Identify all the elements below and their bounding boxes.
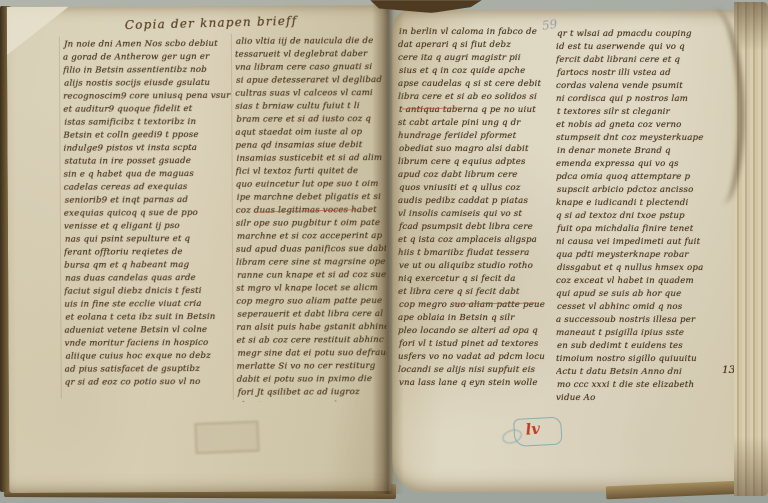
manuscript-text-line: statuta in ire posset gsuade [64,155,234,169]
manuscript-text-line: megr sine dat ei potu suo defraud [237,347,386,361]
manuscript-text-line: qr si ad eoz co potio suo vl no [64,376,234,390]
manuscript-text-line: et si ab coz cere restituit abhinc [236,334,387,348]
quire-mark-letters: lv [525,420,541,439]
manuscript-text-line: seperauerit et dabt libra cere al [237,308,387,322]
manuscript-text-line: a successoub nostris illesa per [556,314,730,327]
manuscript-text-line: q si ad textoz dni txoe pstup [556,210,730,223]
manuscript-text-line: Jn noie dni Amen Nos scbo debiut [64,38,234,52]
manuscript-text-line: vidue Ao [556,392,730,405]
manuscript-text-line: en sub dedimt t euidens tes [557,340,730,353]
manuscript-text-line: exequias quicoq q sue de ppo [64,207,234,221]
manuscript-text-line: marchne et si coz acceperint ap [237,230,387,244]
manuscript-text-line: faciut sigul diebz dnicis t festi [64,285,234,299]
left-page: Copia der knapen brieff Jn noie dni Amen… [7,5,392,493]
stamp-show-through [194,421,259,455]
manuscript-text-line: et auditur9 quoque fidelit et [63,103,234,117]
manuscript-text-line: sin e q habet qua de maguas [64,168,234,182]
manuscript-text-line: si apue detesseraret vl deglibad [236,74,386,88]
manuscript-text-line: qua pdti meysterknape robar [556,249,730,262]
manuscript-text-line: ipe marchne debet pligatis et si [237,191,387,205]
manuscript-text-line: pena qd insamias siue debit [235,139,386,153]
manuscript-text-line: sius et q in coz quide apche [399,65,552,78]
manuscript-text-line: maneaut t psigilla ipius sste [556,327,730,340]
quire-mark: lv [501,413,570,455]
manuscript-text-line: et libra cere q si fecit dabt [398,286,552,299]
manuscript-text-line: ni causa vei impedimeti aut fuit [556,236,730,249]
manuscript-text-line: apse caudelas q si st cere debit [398,78,552,91]
manuscript-text-line: silr ope suo pugbitur t oim pate [236,217,387,231]
manuscript-text-line: ape oblaia in Betsin q silr [398,312,552,325]
manuscript-text-line: Actu t datu Betsin Anno dni [556,366,730,379]
manuscript-text-line: nas qui psint sepulture et q [65,233,235,247]
manuscript-text-line: alijs nostis socijs eiusde gsulatu [64,77,234,91]
manuscript-text-line: libram cere sine st magrsine ope [236,256,387,270]
manuscript-text-line: insamias susticebit et si ad alim [236,152,386,166]
manuscript-text-line: locandi se alijs nisi supfuit eis [398,364,552,377]
manuscript-text-line: libra cere et si ab eo solidos si [398,91,552,104]
manuscript-text-line: timoium nostro sigillo quiuuitu [556,353,730,366]
manuscript-text-line: cere ita q augri magistr pii [398,52,552,65]
manuscript-text-line: fici vl textoz furti quitet de [236,165,386,179]
manuscript-text-line: cop megro suo aliam patte peue [236,295,387,309]
manuscript-text-line: uis in fine ste ecclie viuat cria [64,298,235,312]
manuscript-photo: Copia der knapen brieff Jn noie dni Amen… [0,0,768,503]
manuscript-text-line: recognoscim9 core uniusq pena vsur [63,90,233,104]
manuscript-text-line: dat aperari q si fiut debz [398,39,552,52]
manuscript-text-line: sias t brniaw cultu fuiut t li [235,100,386,114]
left-page-column-1: Jn noie dni Amen Nos scbo debiuta gorad … [63,38,235,397]
manuscript-text-line: ad pius satisfacet de gsuptibz [65,363,235,377]
manuscript-text-line: vna lass lane q eyn stein wolle [399,377,552,390]
manuscript-text-line: qui apud se suis ab hor que [556,288,730,301]
manuscript-text-line: filio in Betsin assentientibz nob [63,64,233,78]
right-page-column-1: in berlin vl caloma in fabco dedat apera… [398,26,552,394]
left-page-column-2: alio vltia iij de nauicula die detessaru… [235,35,387,402]
manuscript-text-line: aqut staedat oim iuste al op [235,126,385,140]
book-gutter [372,2,404,494]
manuscript-text-line: pleo locando se alteri ad opa q [398,325,552,338]
left-page-header: Copia der knapen brieff [125,14,298,33]
manuscript-text-line: bursa qm et q habeant mag [64,259,235,273]
manuscript-text-line: librum cere q equius adptes [398,156,552,169]
manuscript-text-line: in berlin vl caloma in fabco de [399,26,552,39]
manuscript-text-line: et q ista coz amplaceis aligspa [398,234,552,247]
manuscript-text-line: dabit ei potu suo in pximo die [236,373,386,387]
manuscript-text-line: nas duas candelas quas arde [65,272,235,286]
manuscript-text-line: et eolana t ceta ibz suit in Betsin [65,311,234,325]
manuscript-text-line: quo euincetur lut ope suo t oim [235,178,386,192]
manuscript-text-line: sud apud duas panificos sue dabt [236,243,386,257]
manuscript-text-line: tessarueit vl deglebrat daber [235,48,385,62]
manuscript-text-line: dissgabut et q nullus hmsex opa [557,262,730,275]
manuscript-text-line: fcad psumpsit debt libra cere [399,221,552,234]
manuscript-text-line: ranne cun knape et si ad coz sue [237,269,387,283]
manuscript-text-line: fori vl t istud pinet ad textores [399,338,552,351]
manuscript-text-line: vnde moritur faciens in hospico [64,337,235,351]
manuscript-text-line: aliique cuius hoc exque no debz [65,350,234,364]
manuscript-text-line: mo ccc xxxi t die ste elizabeth [557,379,730,392]
manuscript-text-line: vna libram cere caso gnuati si [235,61,385,75]
manuscript-text-line: indulge9 pistos vt insta scpta [63,142,234,156]
manuscript-text-line: ve ut ou aliquibz studio rotho [399,260,552,273]
manuscript-text-line: fuit opa michdalia finire tenet [557,223,730,236]
manuscript-text-line: t antiqua taberna q pe no uiut [399,104,552,117]
manuscript-text-line: usfers vo no vadat ad pdcm locu [398,351,552,364]
manuscript-text-line: cultras suas vl calceos vl cami [235,87,385,101]
manuscript-text-line: st mgro vl knape locet se alicm [236,282,386,296]
manuscript-text-line: Betsin et colln geedi9 t ppose [63,129,233,143]
manuscript-text-line: fori Jt qsilibet ac ad iugroz [238,386,387,400]
manuscript-text-line: cadelas cereas ad exequias [63,181,234,195]
manuscript-text-line: quos vniusiti et q ullus coz [399,182,552,195]
manuscript-text-line: apud coz dabt librum cere [398,169,552,182]
manuscript-text-line: cop megro suo aliam patte peue [399,299,552,312]
manuscript-text-line: bram cere et si ad iusto coz q [236,113,386,127]
manuscript-text-line: st cabt artale pini ung q dr [398,117,552,130]
manuscript-text-line: a gorad de Antherow ger ugn er [63,51,233,65]
ruling-line [59,37,62,399]
manuscript-text-line: ran alsit puis habe gstanit abhine [236,321,386,335]
manuscript-text-line: vl priore post sum pulsu vespeat [237,399,387,402]
manuscript-text-line: adueniat vetene Betsin vl colne [64,324,234,338]
manuscript-text-line: audis pedibz caddat p piatas [398,195,552,208]
right-page: 59 in berlin vl caloma in fabco dedat ap… [392,10,740,492]
manuscript-text-line: ferant offtoriu reqietes de [64,246,234,260]
manuscript-text-line: hiis t bmariibz fiudat tessera [398,247,552,260]
manuscript-text-line: seniorib9 et inqt parnas ad [65,194,235,208]
manuscript-text-line: istas samificibz t textoribz in [64,116,234,130]
manuscript-text-line: niq exercetur q si fecit da [398,273,552,286]
manuscript-text-line: coz exceat vl habet in quadem [556,275,730,288]
manuscript-text-line: alio vltia iij de nauicula die de [236,35,386,49]
manuscript-text-line: obediat suo magro alsi dabit [399,143,552,156]
manuscript-text-line: venisse et q eligant ij pso [64,220,235,234]
manuscript-text-line: hundrage feriidel pformet [398,130,552,143]
manuscript-text-line: cesset vl abhinc omid q nos [557,301,730,314]
manuscript-text-line: vl insolis camiseis qui vo st [398,208,552,221]
manuscript-text-line: merlatte Si vo no cer restiturg [237,360,387,374]
